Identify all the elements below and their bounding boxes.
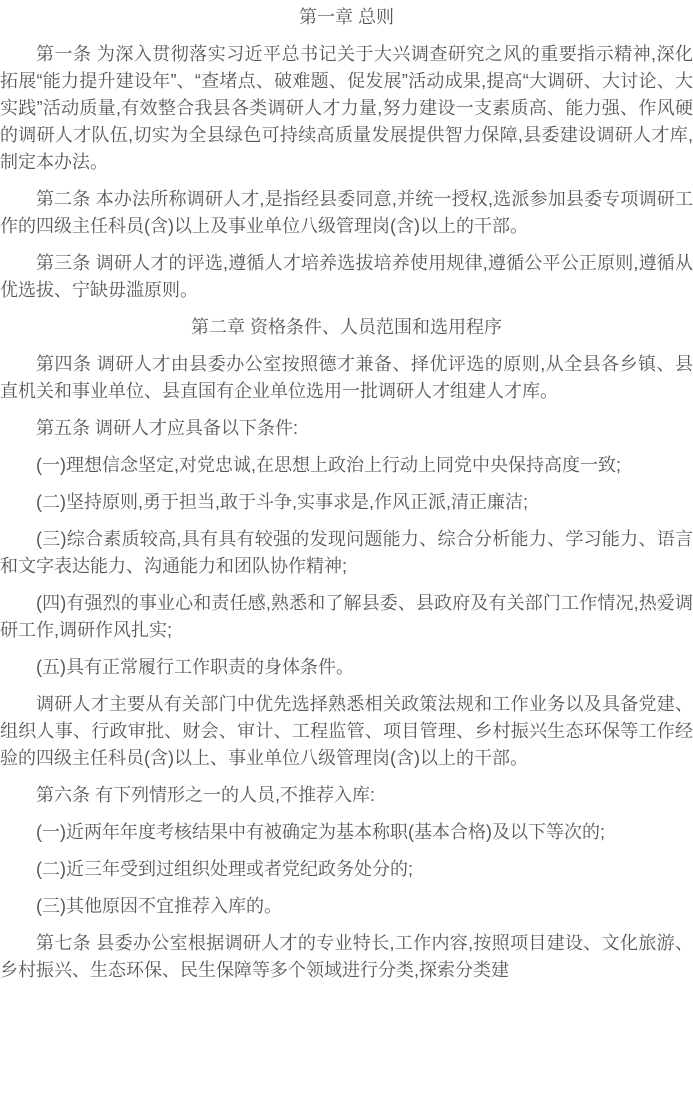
article-5-item-5: (五)具有正常履行工作职责的身体条件。 (0, 654, 693, 681)
article-5-item-4: (四)有强烈的事业心和责任感,熟悉和了解县委、县政府及有关部门工作情况,热爱调研… (0, 590, 693, 644)
article-2-para: 第二条 本办法所称调研人才,是指经县委同意,并统一授权,选派参加县委专项调研工作… (0, 186, 693, 240)
document-body: 第一章 总则 第一条 为深入贯彻落实习近平总书记关于大兴调查研究之风的重要指示精… (0, 0, 693, 1097)
article-6-item-2: (二)近三年受到过组织处理或者党纪政务处分的; (0, 856, 693, 883)
article-3-para: 第三条 调研人才的评选,遵循人才培养选拔培养使用规律,遵循公平公正原则,遵循从优… (0, 250, 693, 304)
article-5-supplement-para: 调研人才主要从有关部门中优先选择熟悉相关政策法规和工作业务以及具备党建、组织人事… (0, 691, 693, 772)
document-page: { "page": { "background_color": "#ffffff… (0, 0, 693, 1097)
article-5-item-1: (一)理想信念坚定,对党忠诚,在思想上政治上行动上同党中央保持高度一致; (0, 452, 693, 479)
chapter-1-heading: 第一章 总则 (0, 4, 693, 31)
article-5-item-2: (二)坚持原则,勇于担当,敢于斗争,实事求是,作风正派,清正廉洁; (0, 489, 693, 516)
article-5-item-3: (三)综合素质较高,具有具有较强的发现问题能力、综合分析能力、学习能力、语言和文… (0, 526, 693, 580)
article-5-para: 第五条 调研人才应具备以下条件: (0, 415, 693, 442)
chapter-2-heading: 第二章 资格条件、人员范围和选用程序 (0, 314, 693, 341)
article-6-item-1: (一)近两年年度考核结果中有被确定为基本称职(基本合格)及以下等次的; (0, 819, 693, 846)
article-6-para: 第六条 有下列情形之一的人员,不推荐入库: (0, 782, 693, 809)
article-1-para: 第一条 为深入贯彻落实习近平总书记关于大兴调查研究之风的重要指示精神,深化拓展“… (0, 41, 693, 176)
article-6-item-3: (三)其他原因不宜推荐入库的。 (0, 893, 693, 920)
article-7-para: 第七条 县委办公室根据调研人才的专业特长,工作内容,按照项目建设、文化旅游、乡村… (0, 930, 693, 984)
article-4-para: 第四条 调研人才由县委办公室按照德才兼备、择优评选的原则,从全县各乡镇、县直机关… (0, 351, 693, 405)
